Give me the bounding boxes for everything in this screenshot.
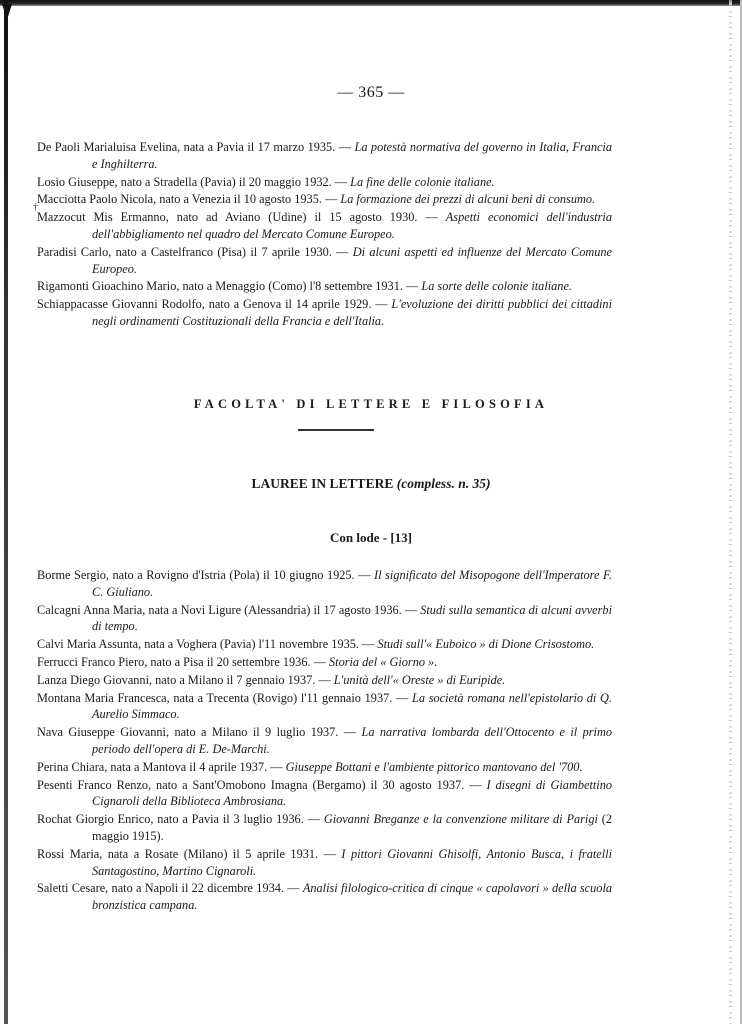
person-info: Borme Sergio, nato a Rovigno d'Istria (P…: [37, 568, 374, 582]
faculty-heading: FACOLTA' DI LETTERE E FILOSOFIA: [0, 397, 742, 412]
list-item: Losio Giuseppe, nato a Stradella (Pavia)…: [37, 174, 612, 191]
scan-left-border: [4, 0, 8, 1024]
degree-title: LAUREE IN LETTERE: [252, 476, 394, 491]
thesis-title: La sorte delle colonie italiane.: [421, 279, 572, 293]
thesis-title: Studi sull'« Euboico » di Dione Crisosto…: [377, 637, 594, 651]
previous-section-list: De Paoli Marialuisa Evelina, nata a Pavi…: [37, 139, 612, 331]
list-item: Ferrucci Franco Piero, nato a Pisa il 20…: [37, 654, 612, 671]
scan-top-border: [0, 0, 742, 6]
person-info: Rochat Giorgio Enrico, nato a Pavia il 3…: [37, 812, 324, 826]
person-info: Calcagni Anna Maria, nata a Novi Ligure …: [37, 603, 420, 617]
person-info: Perina Chiara, nata a Mantova il 4 april…: [37, 760, 286, 774]
list-item: Borme Sergio, nato a Rovigno d'Istria (P…: [37, 567, 612, 601]
list-item: Montana Maria Francesca, nata a Trecenta…: [37, 690, 612, 724]
person-info: Rossi Maria, nata a Rosate (Milano) il 5…: [37, 847, 341, 861]
thesis-title: Storia del « Giorno ».: [329, 655, 437, 669]
page-number: — 365 —: [0, 84, 742, 102]
list-item: Perina Chiara, nata a Mantova il 4 april…: [37, 759, 612, 776]
scan-right-edge-noise: [729, 0, 732, 1024]
person-info: Lanza Diego Giovanni, nato a Milano il 7…: [37, 673, 334, 687]
scan-corner-mark: [2, 4, 12, 20]
person-info: Pesenti Franco Renzo, nato a Sant'Omobon…: [37, 778, 486, 792]
person-info: Macciotta Paolo Nicola, nato a Venezia i…: [37, 192, 340, 206]
list-item: Rossi Maria, nata a Rosate (Milano) il 5…: [37, 846, 612, 880]
honors-heading: Con lode - [13]: [0, 530, 742, 546]
list-item: Mazzocut Mis Ermanno, nato ad Aviano (Ud…: [37, 209, 612, 243]
honors-list: Borme Sergio, nato a Rovigno d'Istria (P…: [37, 567, 612, 915]
list-item: Nava Giuseppe Giovanni, nato a Milano il…: [37, 724, 612, 758]
heading-divider: [298, 429, 374, 431]
degree-count: (compless. n. 35): [397, 476, 491, 491]
person-info: Losio Giuseppe, nato a Stradella (Pavia)…: [37, 175, 350, 189]
list-item: Rigamonti Gioachino Mario, nato a Menagg…: [37, 278, 612, 295]
person-info: Rigamonti Gioachino Mario, nato a Menagg…: [37, 279, 421, 293]
list-item: Macciotta Paolo Nicola, nato a Venezia i…: [37, 191, 612, 208]
person-info: Nava Giuseppe Giovanni, nato a Milano il…: [37, 725, 362, 739]
list-item: Pesenti Franco Renzo, nato a Sant'Omobon…: [37, 777, 612, 811]
degree-heading: LAUREE IN LETTERE (compless. n. 35): [0, 476, 742, 492]
person-info: De Paoli Marialuisa Evelina, nata a Pavi…: [37, 140, 354, 154]
thesis-title: L'unità dell'« Oreste » di Euripide.: [334, 673, 505, 687]
list-item: Calvi Maria Assunta, nata a Voghera (Pav…: [37, 636, 612, 653]
list-item: Calcagni Anna Maria, nata a Novi Ligure …: [37, 602, 612, 636]
person-info: Mazzocut Mis Ermanno, nato ad Aviano (Ud…: [37, 210, 446, 224]
person-info: Ferrucci Franco Piero, nato a Pisa il 20…: [37, 655, 329, 669]
person-info: Saletti Cesare, nato a Napoli il 22 dice…: [37, 881, 303, 895]
person-info: Paradisi Carlo, nato a Castelfranco (Pis…: [37, 245, 353, 259]
thesis-title: La formazione dei prezzi di alcuni beni …: [340, 192, 595, 206]
thesis-title: Giovanni Breganze e la convenzione milit…: [324, 812, 598, 826]
person-info: Schiappacasse Giovanni Rodolfo, nato a G…: [37, 297, 391, 311]
person-info: Calvi Maria Assunta, nata a Voghera (Pav…: [37, 637, 377, 651]
thesis-title: La fine delle colonie italiane.: [350, 175, 494, 189]
person-info: Montana Maria Francesca, nata a Trecenta…: [37, 691, 412, 705]
list-item: De Paoli Marialuisa Evelina, nata a Pavi…: [37, 139, 612, 173]
list-item: Schiappacasse Giovanni Rodolfo, nato a G…: [37, 296, 612, 330]
list-item: Lanza Diego Giovanni, nato a Milano il 7…: [37, 672, 612, 689]
list-item: Paradisi Carlo, nato a Castelfranco (Pis…: [37, 244, 612, 278]
list-item: Rochat Giorgio Enrico, nato a Pavia il 3…: [37, 811, 612, 845]
list-item: Saletti Cesare, nato a Napoli il 22 dice…: [37, 880, 612, 914]
thesis-title: Giuseppe Bottani e l'ambiente pittorico …: [286, 760, 583, 774]
